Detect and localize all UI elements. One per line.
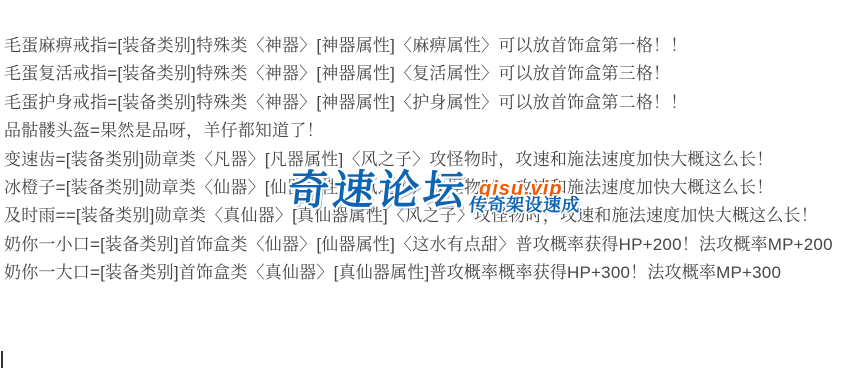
document-page: 毛蛋麻痹戒指=[装备类别]特殊类〈神器〉[神器属性]〈麻痹属性〉可以放首饰盒第一… [0, 0, 861, 368]
config-line: 毛蛋护身戒指=[装备类别]特殊类〈神器〉[神器属性]〈护身属性〉可以放首饰盒第二… [4, 89, 859, 117]
config-line: 奶你一大口=[装备类别]首饰盒类〈真仙器〉[真仙器属性]普攻概率概率获得HP+3… [4, 259, 859, 287]
config-line: 变速齿=[装备类别]勋章类〈凡器〉[凡器属性]〈风之子〉攻怪物时，攻速和施法速度… [4, 146, 859, 174]
config-line: 毛蛋复活戒指=[装备类别]特殊类〈神器〉[神器属性]〈复活属性〉可以放首饰盒第三… [4, 60, 859, 88]
item-config-text[interactable]: 毛蛋麻痹戒指=[装备类别]特殊类〈神器〉[神器属性]〈麻痹属性〉可以放首饰盒第一… [4, 32, 859, 288]
config-line: 品骷髅头盔=果然是品呀，羊仔都知道了！ [4, 117, 859, 145]
config-line: 毛蛋麻痹戒指=[装备类别]特殊类〈神器〉[神器属性]〈麻痹属性〉可以放首饰盒第一… [4, 32, 859, 60]
config-line: 冰橙子=[装备类别]勋章类〈仙器〉[仙器属性]〈风之子〉攻怪物时，攻速和施法速度… [4, 174, 859, 202]
text-cursor [1, 351, 3, 368]
config-line: 奶你一小口=[装备类别]首饰盒类〈仙器〉[仙器属性]〈这水有点甜〉普攻概率获得H… [4, 231, 859, 259]
config-line: 及时雨==[装备类别]勋章类〈真仙器〉[真仙器属性]〈风之子〉攻怪物时，攻速和施… [4, 202, 859, 230]
